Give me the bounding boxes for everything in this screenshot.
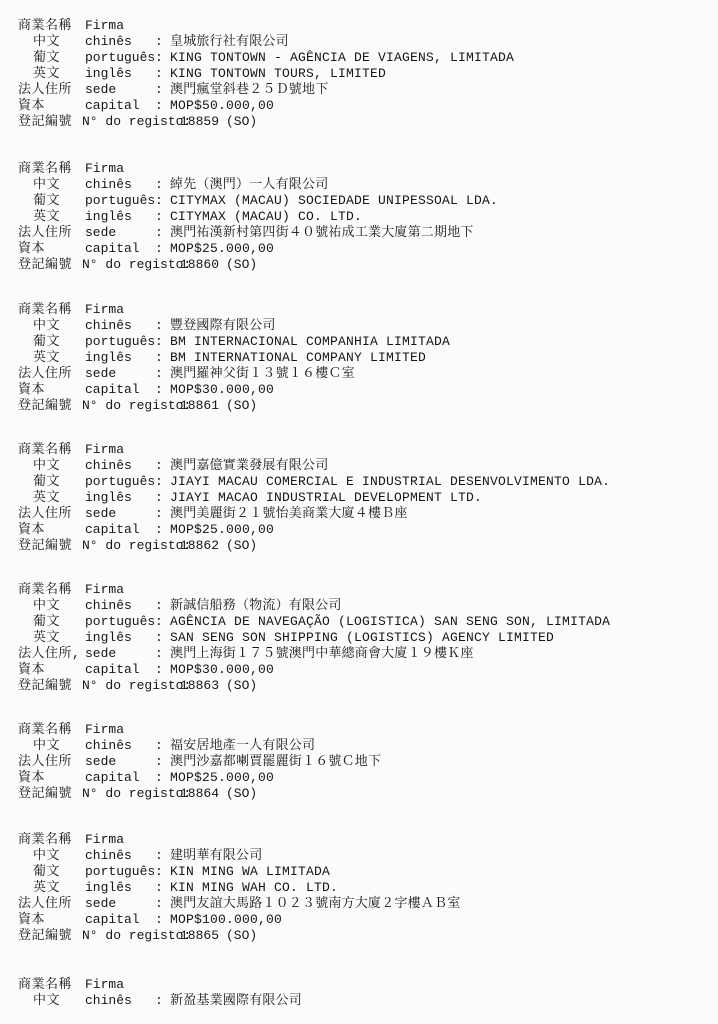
sede-label-zh: 法人住所, bbox=[18, 646, 80, 662]
sede-row: 法人住所, sede : 澳門上海街１７５號澳門中華總商會大廈１９樓Ｋ座 bbox=[18, 646, 714, 662]
capital-label-zh: 資本 bbox=[18, 98, 45, 114]
separator-colon: : bbox=[155, 193, 163, 209]
chinese-name-row: 中文 chinês : 澳門嘉億實業發展有限公司 bbox=[18, 458, 714, 474]
chinese-name-row: 中文 chinês : 建明華有限公司 bbox=[18, 848, 714, 864]
registo-label-pt: N° do registo: bbox=[82, 678, 191, 694]
firma-label-zh: 商業名稱 bbox=[18, 302, 72, 318]
registo-label-zh: 登記編號 bbox=[18, 786, 72, 802]
firma-header-row: 商業名稱 Firma bbox=[18, 832, 714, 848]
portuguese-label-pt: português bbox=[85, 50, 155, 66]
separator-colon: : bbox=[155, 598, 163, 614]
portuguese-label-zh: 葡文 bbox=[33, 50, 60, 66]
registo-label-pt: N° do registo: bbox=[82, 786, 191, 802]
chinese-name-row: 中文 chinês : 綽先（澳門）一人有限公司 bbox=[18, 177, 714, 193]
registo-suffix: (SO) bbox=[226, 538, 257, 554]
capital-value: MOP$25.000,00 bbox=[170, 522, 274, 538]
chinese-name-value: 澳門嘉億實業發展有限公司 bbox=[170, 458, 328, 474]
separator-colon: : bbox=[155, 848, 163, 864]
chinese-name-value: 建明華有限公司 bbox=[170, 848, 262, 864]
english-label-zh: 英文 bbox=[33, 350, 60, 366]
registo-label-pt: N° do registo: bbox=[82, 257, 191, 273]
sede-label-zh: 法人住所 bbox=[18, 506, 72, 522]
capital-value: MOP$100.000,00 bbox=[170, 912, 282, 928]
registo-label-pt: N° do registo: bbox=[82, 398, 191, 414]
firma-label-zh: 商業名稱 bbox=[18, 18, 72, 34]
separator-colon: : bbox=[155, 896, 163, 912]
firma-label-zh: 商業名稱 bbox=[18, 442, 72, 458]
english-label-pt: inglês bbox=[85, 630, 132, 646]
registo-suffix: (SO) bbox=[226, 786, 257, 802]
portuguese-name-row: 葡文 português : BM INTERNACIONAL COMPANHI… bbox=[18, 334, 714, 350]
separator-colon: : bbox=[155, 864, 163, 880]
chinese-label-zh: 中文 bbox=[33, 458, 60, 474]
separator-colon: : bbox=[155, 350, 163, 366]
registo-label-pt: N° do registo: bbox=[82, 928, 191, 944]
separator-colon: : bbox=[155, 241, 163, 257]
registo-row: 登記編號 N° do registo: 18865 (SO) bbox=[18, 928, 714, 944]
chinese-name-value: 皇城旅行社有限公司 bbox=[170, 34, 289, 50]
capital-label-pt: capital bbox=[85, 662, 140, 678]
separator-colon: : bbox=[155, 993, 163, 1009]
registo-suffix: (SO) bbox=[226, 257, 257, 273]
portuguese-name-value: CITYMAX (MACAU) SOCIEDADE UNIPESSOAL LDA… bbox=[170, 193, 498, 209]
sede-label-pt: sede bbox=[85, 754, 116, 770]
registry-entry: 商業名稱 Firma 中文 chinês : 綽先（澳門）一人有限公司 葡文 p… bbox=[18, 161, 714, 273]
sede-value: 澳門上海街１７５號澳門中華總商會大廈１９樓Ｋ座 bbox=[170, 646, 474, 662]
english-name-row: 英文 inglês : CITYMAX (MACAU) CO. LTD. bbox=[18, 209, 714, 225]
separator-colon: : bbox=[155, 50, 163, 66]
separator-colon: : bbox=[155, 66, 163, 82]
chinese-name-row: 中文 chinês : 新盈基業國際有限公司 bbox=[18, 993, 714, 1009]
registo-number: 18859 bbox=[180, 114, 219, 130]
registry-entry: 商業名稱 Firma 中文 chinês : 福安居地產一人有限公司 法人住所 … bbox=[18, 722, 714, 802]
separator-colon: : bbox=[155, 646, 163, 662]
registry-entry-truncated: 商業名稱 Firma 中文 chinês : 新盈基業國際有限公司 bbox=[18, 977, 714, 1009]
capital-label-zh: 資本 bbox=[18, 770, 45, 786]
portuguese-label-zh: 葡文 bbox=[33, 193, 60, 209]
english-label-zh: 英文 bbox=[33, 490, 60, 506]
registo-label-zh: 登記編號 bbox=[18, 928, 72, 944]
separator-colon: : bbox=[155, 209, 163, 225]
firma-label-pt: Firma bbox=[85, 582, 124, 598]
registo-label-pt: N° do registo: bbox=[82, 114, 191, 130]
portuguese-name-row: 葡文 português : KIN MING WA LIMITADA bbox=[18, 864, 714, 880]
portuguese-name-row: 葡文 português : AGÊNCIA DE NAVEGAÇÃO (LOG… bbox=[18, 614, 714, 630]
capital-label-pt: capital bbox=[85, 912, 140, 928]
registo-label-zh: 登記編號 bbox=[18, 114, 72, 130]
separator-colon: : bbox=[155, 98, 163, 114]
capital-label-pt: capital bbox=[85, 98, 140, 114]
registo-number: 18860 bbox=[180, 257, 219, 273]
firma-label-pt: Firma bbox=[85, 302, 124, 318]
english-name-value: KIN MING WAH CO. LTD. bbox=[170, 880, 338, 896]
capital-value: MOP$25.000,00 bbox=[170, 241, 274, 257]
registry-entry: 商業名稱 Firma 中文 chinês : 建明華有限公司 葡文 portug… bbox=[18, 832, 714, 944]
separator-colon: : bbox=[155, 912, 163, 928]
registry-entry: 商業名稱 Firma 中文 chinês : 皇城旅行社有限公司 葡文 port… bbox=[18, 18, 714, 130]
english-name-value: SAN SENG SON SHIPPING (LOGISTICS) AGENCY… bbox=[170, 630, 554, 646]
separator-colon: : bbox=[155, 318, 163, 334]
separator-colon: : bbox=[155, 630, 163, 646]
english-label-zh: 英文 bbox=[33, 880, 60, 896]
sede-label-zh: 法人住所 bbox=[18, 82, 72, 98]
separator-colon: : bbox=[155, 614, 163, 630]
portuguese-label-pt: português bbox=[85, 334, 155, 350]
separator-colon: : bbox=[155, 754, 163, 770]
firma-label-zh: 商業名稱 bbox=[18, 722, 72, 738]
registo-label-pt: N° do registo: bbox=[82, 538, 191, 554]
sede-row: 法人住所 sede : 澳門沙嘉都喇賈罷麗街１６號Ｃ地下 bbox=[18, 754, 714, 770]
portuguese-label-zh: 葡文 bbox=[33, 864, 60, 880]
chinese-label-pt: chinês bbox=[85, 34, 132, 50]
english-name-row: 英文 inglês : KIN MING WAH CO. LTD. bbox=[18, 880, 714, 896]
sede-label-pt: sede bbox=[85, 366, 116, 382]
english-name-row: 英文 inglês : JIAYI MACAO INDUSTRIAL DEVEL… bbox=[18, 490, 714, 506]
english-label-zh: 英文 bbox=[33, 66, 60, 82]
portuguese-label-pt: português bbox=[85, 614, 155, 630]
registo-suffix: (SO) bbox=[226, 398, 257, 414]
sede-row: 法人住所 sede : 澳門瘋堂斜巷２５Ｄ號地下 bbox=[18, 82, 714, 98]
sede-row: 法人住所 sede : 澳門羅神父街１３號１６樓Ｃ室 bbox=[18, 366, 714, 382]
registry-entry: 商業名稱 Firma 中文 chinês : 新誠信船務（物流）有限公司 葡文 … bbox=[18, 582, 714, 694]
capital-row: 資本 capital : MOP$25.000,00 bbox=[18, 770, 714, 786]
capital-label-zh: 資本 bbox=[18, 241, 45, 257]
chinese-name-value: 新誠信船務（物流）有限公司 bbox=[170, 598, 342, 614]
capital-label-zh: 資本 bbox=[18, 382, 45, 398]
registo-suffix: (SO) bbox=[226, 928, 257, 944]
registo-row: 登記編號 N° do registo: 18863 (SO) bbox=[18, 678, 714, 694]
capital-row: 資本 capital : MOP$30.000,00 bbox=[18, 662, 714, 678]
separator-colon: : bbox=[155, 522, 163, 538]
registo-row: 登記編號 N° do registo: 18864 (SO) bbox=[18, 786, 714, 802]
capital-value: MOP$30.000,00 bbox=[170, 382, 274, 398]
separator-colon: : bbox=[155, 474, 163, 490]
registo-suffix: (SO) bbox=[226, 114, 257, 130]
capital-label-zh: 資本 bbox=[18, 912, 45, 928]
portuguese-label-zh: 葡文 bbox=[33, 334, 60, 350]
english-name-row: 英文 inglês : KING TONTOWN TOURS, LIMITED bbox=[18, 66, 714, 82]
chinese-label-pt: chinês bbox=[85, 993, 132, 1009]
chinese-label-zh: 中文 bbox=[33, 738, 60, 754]
portuguese-name-row: 葡文 português : JIAYI MACAU COMERCIAL E I… bbox=[18, 474, 714, 490]
sede-label-zh: 法人住所 bbox=[18, 366, 72, 382]
registo-row: 登記編號 N° do registo: 18859 (SO) bbox=[18, 114, 714, 130]
separator-colon: : bbox=[155, 177, 163, 193]
separator-colon: : bbox=[155, 366, 163, 382]
firma-label-pt: Firma bbox=[85, 18, 124, 34]
firma-label-pt: Firma bbox=[85, 161, 124, 177]
firma-header-row: 商業名稱 Firma bbox=[18, 442, 714, 458]
capital-label-pt: capital bbox=[85, 241, 140, 257]
chinese-label-zh: 中文 bbox=[33, 318, 60, 334]
sede-label-pt: sede bbox=[85, 646, 116, 662]
chinese-name-value: 福安居地產一人有限公司 bbox=[170, 738, 315, 754]
portuguese-name-value: JIAYI MACAU COMERCIAL E INDUSTRIAL DESEN… bbox=[170, 474, 610, 490]
sede-value: 澳門祐漢新村第四街４０號祐成工業大廈第二期地下 bbox=[170, 225, 474, 241]
firma-label-pt: Firma bbox=[85, 832, 124, 848]
sede-label-pt: sede bbox=[85, 896, 116, 912]
sede-row: 法人住所 sede : 澳門祐漢新村第四街４０號祐成工業大廈第二期地下 bbox=[18, 225, 714, 241]
sede-row: 法人住所 sede : 澳門美麗街２１號怡美商業大廈４樓Ｂ座 bbox=[18, 506, 714, 522]
registo-number: 18861 bbox=[180, 398, 219, 414]
sede-value: 澳門羅神父街１３號１６樓Ｃ室 bbox=[170, 366, 355, 382]
sede-label-zh: 法人住所 bbox=[18, 896, 72, 912]
registo-number: 18865 bbox=[180, 928, 219, 944]
chinese-name-row: 中文 chinês : 新誠信船務（物流）有限公司 bbox=[18, 598, 714, 614]
firma-header-row: 商業名稱 Firma bbox=[18, 18, 714, 34]
capital-row: 資本 capital : MOP$50.000,00 bbox=[18, 98, 714, 114]
sede-value: 澳門友誼大馬路１０２３號南方大廈２字樓ＡＢ室 bbox=[170, 896, 460, 912]
firma-header-row: 商業名稱 Firma bbox=[18, 582, 714, 598]
chinese-name-row: 中文 chinês : 福安居地產一人有限公司 bbox=[18, 738, 714, 754]
separator-colon: : bbox=[155, 770, 163, 786]
portuguese-label-pt: português bbox=[85, 864, 155, 880]
separator-colon: : bbox=[155, 662, 163, 678]
portuguese-name-row: 葡文 português : KING TONTOWN - AGÊNCIA DE… bbox=[18, 50, 714, 66]
capital-row: 資本 capital : MOP$25.000,00 bbox=[18, 241, 714, 257]
chinese-name-value: 新盈基業國際有限公司 bbox=[170, 993, 302, 1009]
registry-entry: 商業名稱 Firma 中文 chinês : 澳門嘉億實業發展有限公司 葡文 p… bbox=[18, 442, 714, 554]
firma-header-row: 商業名稱 Firma bbox=[18, 161, 714, 177]
chinese-label-pt: chinês bbox=[85, 848, 132, 864]
firma-label-pt: Firma bbox=[85, 442, 124, 458]
registo-label-zh: 登記編號 bbox=[18, 678, 72, 694]
english-label-pt: inglês bbox=[85, 490, 132, 506]
capital-label-zh: 資本 bbox=[18, 522, 45, 538]
sede-value: 澳門沙嘉都喇賈罷麗街１６號Ｃ地下 bbox=[170, 754, 381, 770]
firma-label-zh: 商業名稱 bbox=[18, 582, 72, 598]
registo-number: 18864 bbox=[180, 786, 219, 802]
firma-label-pt: Firma bbox=[85, 722, 124, 738]
registo-label-zh: 登記編號 bbox=[18, 257, 72, 273]
firma-label-zh: 商業名稱 bbox=[18, 977, 72, 993]
sede-label-pt: sede bbox=[85, 225, 116, 241]
portuguese-label-pt: português bbox=[85, 193, 155, 209]
separator-colon: : bbox=[155, 225, 163, 241]
portuguese-label-zh: 葡文 bbox=[33, 474, 60, 490]
capital-row: 資本 capital : MOP$30.000,00 bbox=[18, 382, 714, 398]
sede-label-zh: 法人住所 bbox=[18, 754, 72, 770]
sede-label-pt: sede bbox=[85, 506, 116, 522]
sede-label-pt: sede bbox=[85, 82, 116, 98]
english-label-pt: inglês bbox=[85, 880, 132, 896]
firma-label-zh: 商業名稱 bbox=[18, 161, 72, 177]
separator-colon: : bbox=[155, 34, 163, 50]
registry-entry: 商業名稱 Firma 中文 chinês : 豐登國際有限公司 葡文 portu… bbox=[18, 302, 714, 414]
firma-label-zh: 商業名稱 bbox=[18, 832, 72, 848]
portuguese-name-value: AGÊNCIA DE NAVEGAÇÃO (LOGISTICA) SAN SEN… bbox=[170, 614, 610, 630]
capital-label-pt: capital bbox=[85, 770, 140, 786]
separator-colon: : bbox=[155, 490, 163, 506]
capital-value: MOP$25.000,00 bbox=[170, 770, 274, 786]
registry-document-page: 商業名稱 Firma 中文 chinês : 皇城旅行社有限公司 葡文 port… bbox=[0, 0, 718, 1024]
portuguese-label-zh: 葡文 bbox=[33, 614, 60, 630]
chinese-name-row: 中文 chinês : 豐登國際有限公司 bbox=[18, 318, 714, 334]
separator-colon: : bbox=[155, 82, 163, 98]
sede-value: 澳門瘋堂斜巷２５Ｄ號地下 bbox=[170, 82, 328, 98]
portuguese-name-value: KIN MING WA LIMITADA bbox=[170, 864, 330, 880]
registo-suffix: (SO) bbox=[226, 678, 257, 694]
chinese-label-pt: chinês bbox=[85, 318, 132, 334]
portuguese-name-value: KING TONTOWN - AGÊNCIA DE VIAGENS, LIMIT… bbox=[170, 50, 514, 66]
chinese-label-pt: chinês bbox=[85, 177, 132, 193]
english-label-pt: inglês bbox=[85, 209, 132, 225]
capital-value: MOP$30.000,00 bbox=[170, 662, 274, 678]
sede-row: 法人住所 sede : 澳門友誼大馬路１０２３號南方大廈２字樓ＡＢ室 bbox=[18, 896, 714, 912]
portuguese-name-value: BM INTERNACIONAL COMPANHIA LIMITADA bbox=[170, 334, 450, 350]
portuguese-label-pt: português bbox=[85, 474, 155, 490]
sede-label-zh: 法人住所 bbox=[18, 225, 72, 241]
english-label-zh: 英文 bbox=[33, 209, 60, 225]
english-name-value: JIAYI MACAO INDUSTRIAL DEVELOPMENT LTD. bbox=[170, 490, 482, 506]
english-name-value: KING TONTOWN TOURS, LIMITED bbox=[170, 66, 386, 82]
separator-colon: : bbox=[155, 738, 163, 754]
separator-colon: : bbox=[155, 334, 163, 350]
capital-value: MOP$50.000,00 bbox=[170, 98, 274, 114]
chinese-label-zh: 中文 bbox=[33, 598, 60, 614]
chinese-label-zh: 中文 bbox=[33, 993, 60, 1009]
english-label-pt: inglês bbox=[85, 66, 132, 82]
capital-label-pt: capital bbox=[85, 522, 140, 538]
chinese-label-zh: 中文 bbox=[33, 34, 60, 50]
capital-label-pt: capital bbox=[85, 382, 140, 398]
chinese-label-pt: chinês bbox=[85, 458, 132, 474]
firma-header-row: 商業名稱 Firma bbox=[18, 977, 714, 993]
capital-label-zh: 資本 bbox=[18, 662, 45, 678]
separator-colon: : bbox=[155, 382, 163, 398]
registo-row: 登記編號 N° do registo: 18860 (SO) bbox=[18, 257, 714, 273]
firma-header-row: 商業名稱 Firma bbox=[18, 722, 714, 738]
registo-number: 18862 bbox=[180, 538, 219, 554]
english-name-row: 英文 inglês : BM INTERNATIONAL COMPANY LIM… bbox=[18, 350, 714, 366]
registo-number: 18863 bbox=[180, 678, 219, 694]
sede-value: 澳門美麗街２１號怡美商業大廈４樓Ｂ座 bbox=[170, 506, 408, 522]
chinese-name-value: 綽先（澳門）一人有限公司 bbox=[170, 177, 328, 193]
chinese-name-value: 豐登國際有限公司 bbox=[170, 318, 276, 334]
english-name-row: 英文 inglês : SAN SENG SON SHIPPING (LOGIS… bbox=[18, 630, 714, 646]
english-label-zh: 英文 bbox=[33, 630, 60, 646]
registo-label-zh: 登記編號 bbox=[18, 398, 72, 414]
portuguese-name-row: 葡文 português : CITYMAX (MACAU) SOCIEDADE… bbox=[18, 193, 714, 209]
chinese-name-row: 中文 chinês : 皇城旅行社有限公司 bbox=[18, 34, 714, 50]
separator-colon: : bbox=[155, 458, 163, 474]
english-name-value: BM INTERNATIONAL COMPANY LIMITED bbox=[170, 350, 426, 366]
chinese-label-pt: chinês bbox=[85, 598, 132, 614]
chinese-label-zh: 中文 bbox=[33, 177, 60, 193]
separator-colon: : bbox=[155, 506, 163, 522]
chinese-label-pt: chinês bbox=[85, 738, 132, 754]
capital-row: 資本 capital : MOP$100.000,00 bbox=[18, 912, 714, 928]
separator-colon: : bbox=[155, 880, 163, 896]
firma-header-row: 商業名稱 Firma bbox=[18, 302, 714, 318]
registo-row: 登記編號 N° do registo: 18862 (SO) bbox=[18, 538, 714, 554]
english-label-pt: inglês bbox=[85, 350, 132, 366]
registo-row: 登記編號 N° do registo: 18861 (SO) bbox=[18, 398, 714, 414]
firma-label-pt: Firma bbox=[85, 977, 124, 993]
registo-label-zh: 登記編號 bbox=[18, 538, 72, 554]
capital-row: 資本 capital : MOP$25.000,00 bbox=[18, 522, 714, 538]
english-name-value: CITYMAX (MACAU) CO. LTD. bbox=[170, 209, 362, 225]
chinese-label-zh: 中文 bbox=[33, 848, 60, 864]
